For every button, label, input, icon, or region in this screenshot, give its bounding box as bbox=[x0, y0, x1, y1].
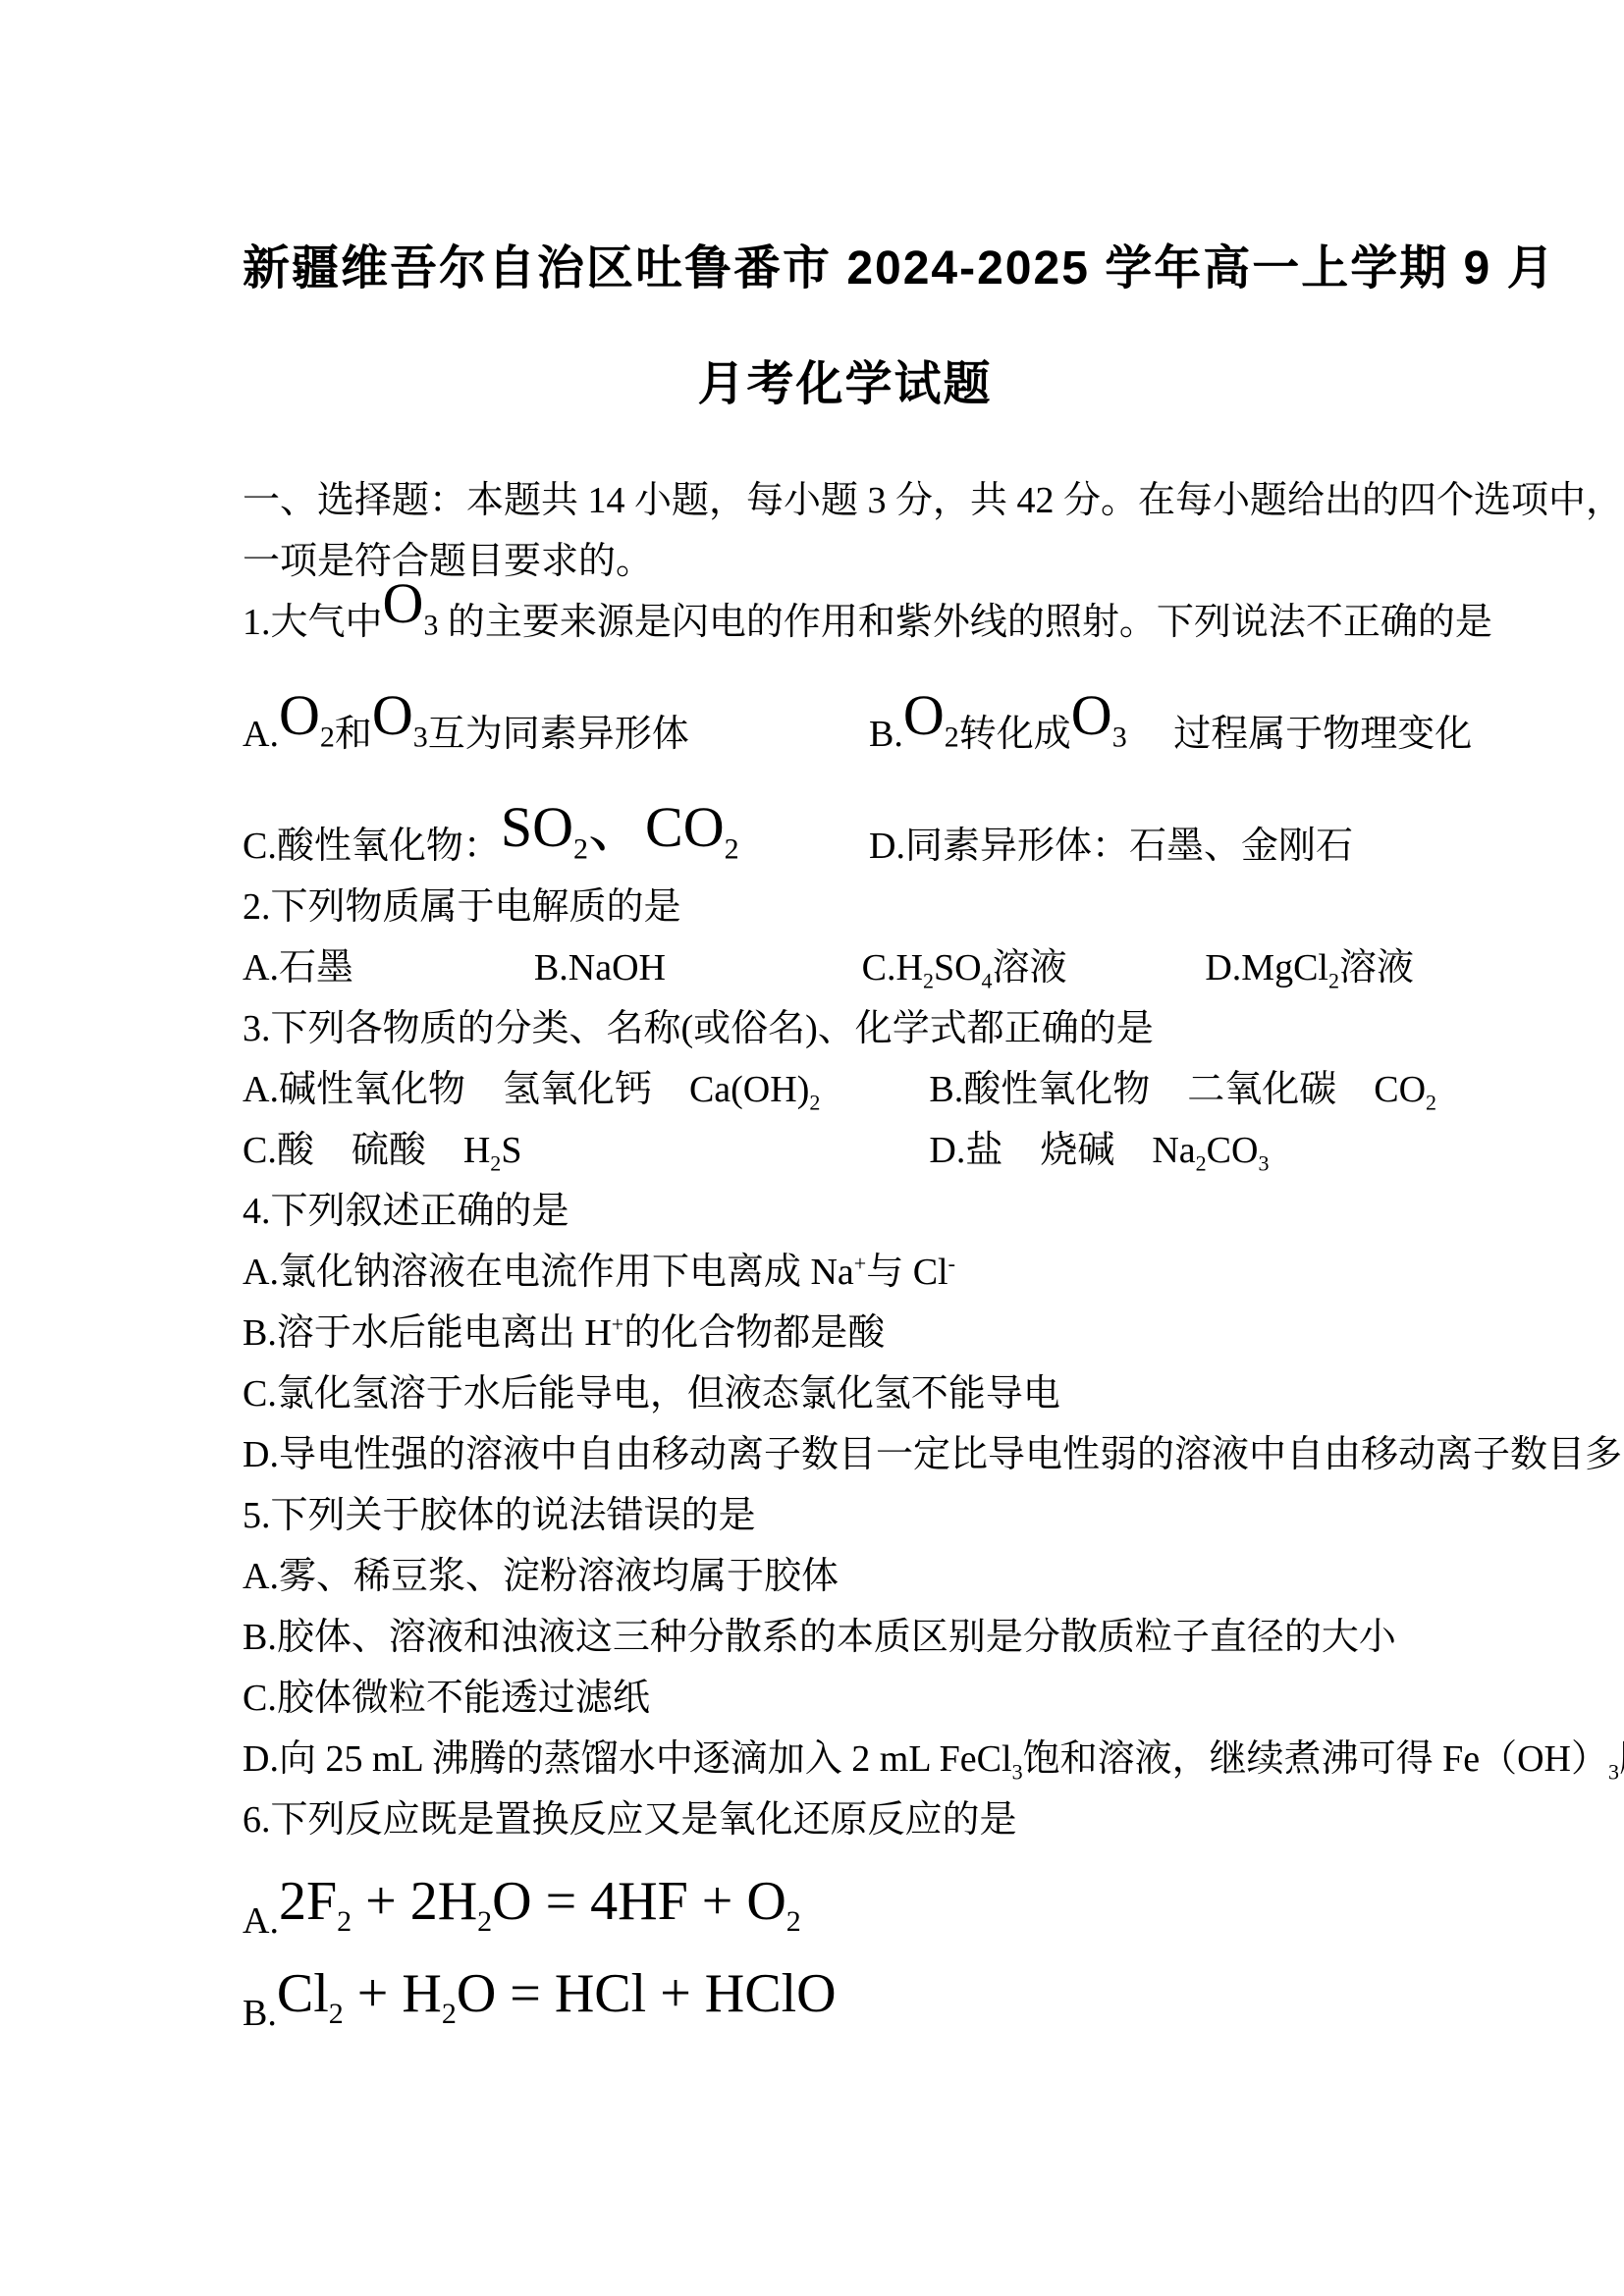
exam-title-line1: 新疆维吾尔自治区吐鲁番市 2024-2025 学年高一上学期 9 月 bbox=[243, 239, 1447, 299]
q1-options-row-cd: C.酸性氧化物：SO2、CO2 D.同素异形体：石墨、金刚石 bbox=[243, 765, 1447, 877]
q4-option-c: C.氯化氢溶于水后能导电，但液态氯化氢不能导电 bbox=[243, 1363, 1447, 1424]
q6-option-b-equation: Cl2 + H2O = HCl + HClO bbox=[277, 1963, 837, 2024]
q1-option-b: B.O2转化成O3 过程属于物理变化 bbox=[869, 704, 1472, 765]
q6-option-b: B.Cl2 + H2O = HCl + HClO bbox=[243, 1956, 1447, 2049]
q5-option-a: A.雾、稀豆浆、淀粉溶液均属于胶体 bbox=[243, 1546, 1447, 1607]
q2-option-a: A.石墨 bbox=[243, 937, 534, 998]
q6-option-a: A.2F2 + 2H2O = 4HF + O2 bbox=[243, 1850, 1447, 1956]
q1-option-d: D.同素异形体：石墨、金刚石 bbox=[869, 816, 1447, 877]
q3-options-row-cd: C.酸 硫酸 H2S D.盐 烧碱 Na2CO3 bbox=[243, 1120, 1447, 1181]
q2-option-b: B.NaOH bbox=[534, 937, 862, 998]
q6-option-a-label: A. bbox=[243, 1900, 279, 1942]
q2-option-c: C.H2SO4溶液 bbox=[862, 937, 1206, 998]
q2-stem: 2.下列物质属于电解质的是 bbox=[243, 877, 1447, 937]
q4-stem: 4.下列叙述正确的是 bbox=[243, 1181, 1447, 1242]
q4-option-d: D.导电性强的溶液中自由移动离子数目一定比导电性弱的溶液中自由移动离子数目多 bbox=[243, 1424, 1447, 1485]
q6-option-b-label: B. bbox=[243, 1993, 277, 2034]
exam-title-line2: 月考化学试题 bbox=[243, 354, 1447, 415]
q3-option-d: D.盐 烧碱 Na2CO3 bbox=[929, 1120, 1447, 1181]
q5-option-c: C.胶体微粒不能透过滤纸 bbox=[243, 1668, 1447, 1729]
q6-stem: 6.下列反应既是置换反应又是氧化还原反应的是 bbox=[243, 1789, 1447, 1850]
q5-option-d: D.向 25 mL 沸腾的蒸馏水中逐滴加入 2 mL FeCl3饱和溶液，继续煮… bbox=[243, 1729, 1447, 1789]
q4-option-b: B.溶于水后能电离出 H+的化合物都是酸 bbox=[243, 1303, 1447, 1363]
q1-option-a: A.O2和O3互为同素异形体 bbox=[243, 704, 869, 765]
q5-option-b: B.胶体、溶液和浊液这三种分散系的本质区别是分散质粒子直径的大小 bbox=[243, 1607, 1447, 1668]
q4-option-a: A.氯化钠溶液在电流作用下电离成 Na+与 Cl- bbox=[243, 1242, 1447, 1303]
q3-option-a: A.碱性氧化物 氢氧化钙 Ca(OH)2 bbox=[243, 1059, 929, 1120]
q3-options-row-ab: A.碱性氧化物 氢氧化钙 Ca(OH)2 B.酸性氧化物 二氧化碳 CO2 bbox=[243, 1059, 1447, 1120]
q1-options-row-ab: A.O2和O3互为同素异形体 B.O2转化成O3 过程属于物理变化 bbox=[243, 653, 1447, 765]
section1-intro-line1: 一、选择题：本题共 14 小题，每小题 3 分，共 42 分。在每小题给出的四个… bbox=[243, 470, 1447, 531]
q6-option-a-equation: 2F2 + 2H2O = 4HF + O2 bbox=[279, 1871, 801, 1932]
q3-option-b: B.酸性氧化物 二氧化碳 CO2 bbox=[929, 1059, 1447, 1120]
exam-document-page: 新疆维吾尔自治区吐鲁番市 2024-2025 学年高一上学期 9 月 月考化学试… bbox=[0, 0, 1624, 2296]
q3-stem: 3.下列各物质的分类、名称(或俗名)、化学式都正确的是 bbox=[243, 998, 1447, 1059]
q5-stem: 5.下列关于胶体的说法错误的是 bbox=[243, 1485, 1447, 1546]
q2-options-row: A.石墨 B.NaOH C.H2SO4溶液 D.MgCl2溶液 bbox=[243, 937, 1447, 998]
q3-option-c: C.酸 硫酸 H2S bbox=[243, 1120, 929, 1181]
q1-option-c: C.酸性氧化物：SO2、CO2 bbox=[243, 816, 869, 877]
q2-option-d: D.MgCl2溶液 bbox=[1205, 937, 1447, 998]
q1-stem: 1.大气中O3 的主要来源是闪电的作用和紫外线的照射。下列说法不正确的是 bbox=[243, 592, 1447, 653]
